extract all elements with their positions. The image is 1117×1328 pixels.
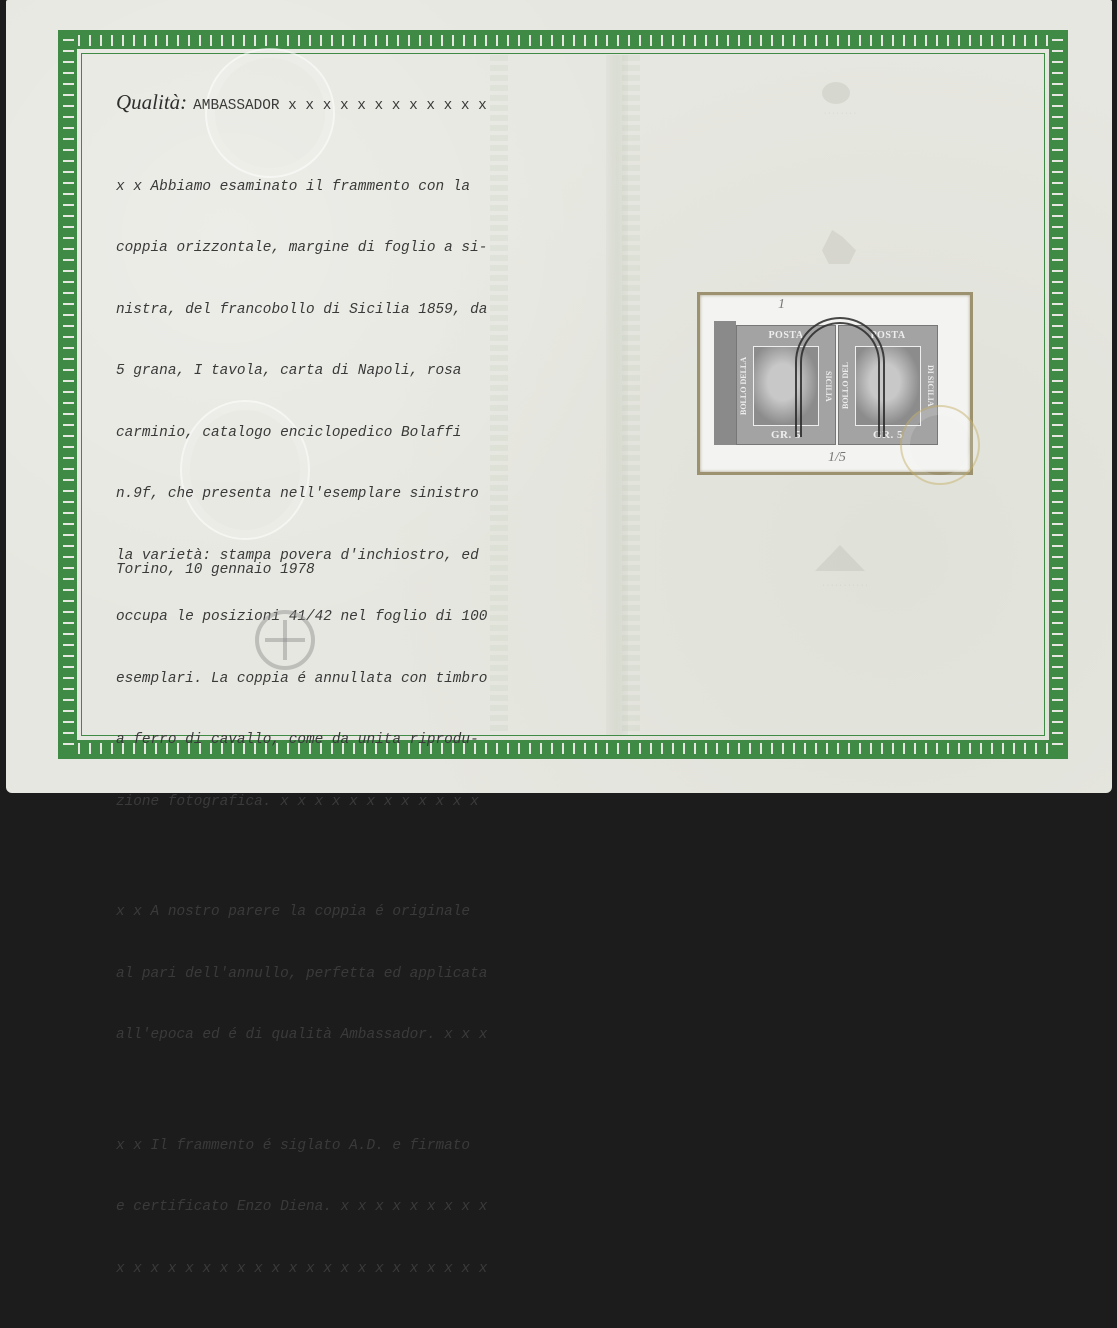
text-line: n.9f, che presenta nell'esemplare sinist… — [116, 484, 586, 505]
text-line: coppia orizzontale, margine di foglio a … — [116, 238, 586, 259]
diena-seal-icon — [255, 610, 315, 670]
border-dentil-left — [63, 35, 74, 754]
embossed-seal-icon — [900, 405, 980, 485]
text-line: esemplari. La coppia é annullata con tim… — [116, 669, 586, 690]
faint-logo-icon — [822, 82, 850, 104]
text-line: occupa le posizioni 41/42 nel foglio di … — [116, 607, 586, 628]
text-line: zione fotografica. x x x x x x x x x x x… — [116, 792, 586, 801]
pencil-mark: 1/5 — [828, 450, 846, 466]
text-line: a ferro di cavallo, come da unita riprod… — [116, 730, 586, 751]
horseshoe-cancel-icon — [795, 317, 885, 437]
text-line: carminio, catalogo enciclopedico Bolaffi — [116, 423, 586, 444]
center-fold — [606, 55, 628, 735]
border-band-top — [63, 46, 1063, 49]
stamp-photo: POSTA BOLLO DELLA SICILIA GR. 5 POSTA BO… — [697, 292, 973, 475]
border-dentil-top — [63, 35, 1063, 46]
faint-caption: · · · · · · · · — [800, 110, 880, 117]
text-line: nistra, del francobollo di Sicilia 1859,… — [116, 300, 586, 321]
paragraph-description: x x Abbiamo esaminato il frammento con l… — [116, 136, 586, 801]
text-line: 5 grana, I tavola, carta di Napoli, rosa — [116, 361, 586, 382]
quality-value: AMBASSADOR x x x x x x x x x x x x — [193, 96, 487, 117]
quality-line: Qualità: AMBASSADOR x x x x x x x x x x … — [116, 92, 586, 117]
border-band-left — [74, 46, 77, 743]
border-dentil-right — [1052, 35, 1063, 754]
text-line: x x Abbiamo esaminato il frammento con l… — [116, 177, 586, 198]
certificate-text: Qualità: AMBASSADOR x x x x x x x x x x … — [116, 92, 586, 800]
place-date: Torino, 10 gennaio 1978 — [116, 562, 315, 578]
border-band-right — [1049, 46, 1052, 743]
quality-label: Qualità: — [116, 92, 187, 113]
pencil-mark: 1 — [778, 297, 785, 313]
faint-caption: · · · · · · · · · · · — [790, 582, 900, 589]
sheet-margin — [714, 321, 736, 445]
stamp-side-label: BOLLO DELLA — [739, 346, 751, 426]
